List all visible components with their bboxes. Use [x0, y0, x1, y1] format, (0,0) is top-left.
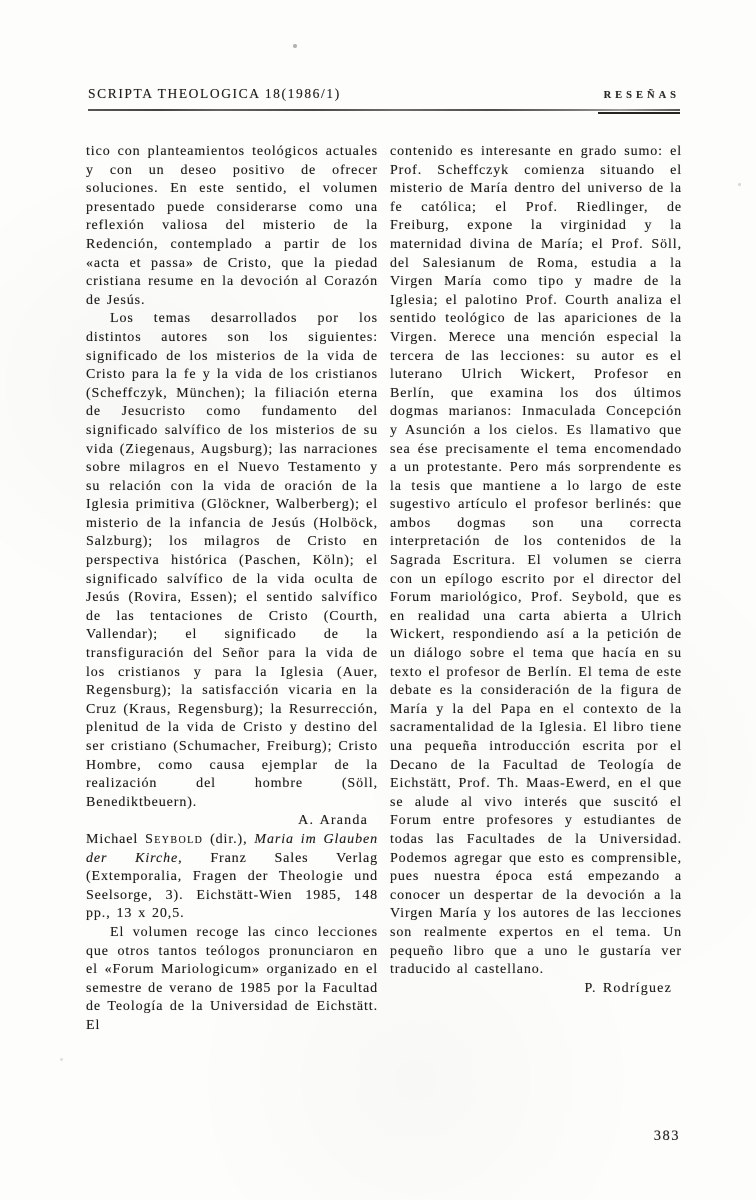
- review2-signature: P. Rodríguez: [390, 980, 682, 999]
- scan-artifact: [293, 44, 297, 48]
- page-number: 383: [390, 1128, 680, 1145]
- scan-artifact: [60, 1058, 63, 1061]
- left-column: tico con planteamientos teológicos actua…: [86, 143, 378, 1036]
- scan-artifact: [738, 183, 741, 186]
- running-head: SCRIPTA THEOLOGICA 18(1986/1) RESEÑAS: [88, 86, 680, 102]
- review1-paragraph-themes: Los temas desarrollados por los distinto…: [86, 310, 378, 812]
- review1-signature: A. Aranda: [86, 812, 378, 831]
- citation-editor-note: (dir.),: [203, 832, 254, 847]
- journal-title: SCRIPTA THEOLOGICA 18(1986/1): [88, 86, 341, 102]
- section-label: RESEÑAS: [604, 90, 680, 101]
- header-rule-accent: [598, 112, 680, 114]
- right-column: contenido es interesante en grado sumo: …: [390, 143, 682, 998]
- review2-paragraph-left: El volumen recoge las cinco lecciones qu…: [86, 924, 378, 1036]
- journal-page: SCRIPTA THEOLOGICA 18(1986/1) RESEÑAS ti…: [0, 0, 756, 1200]
- citation-author-given: Michael: [86, 832, 145, 847]
- review2-paragraph-right: contenido es interesante en grado sumo: …: [390, 143, 682, 980]
- citation-author-surname: Seybold: [145, 832, 203, 847]
- header-rule: [88, 109, 680, 111]
- book-citation: Michael Seybold (dir.), Maria im Glauben…: [86, 831, 378, 924]
- review1-paragraph-continuation: tico con planteamientos teológicos actua…: [86, 143, 378, 310]
